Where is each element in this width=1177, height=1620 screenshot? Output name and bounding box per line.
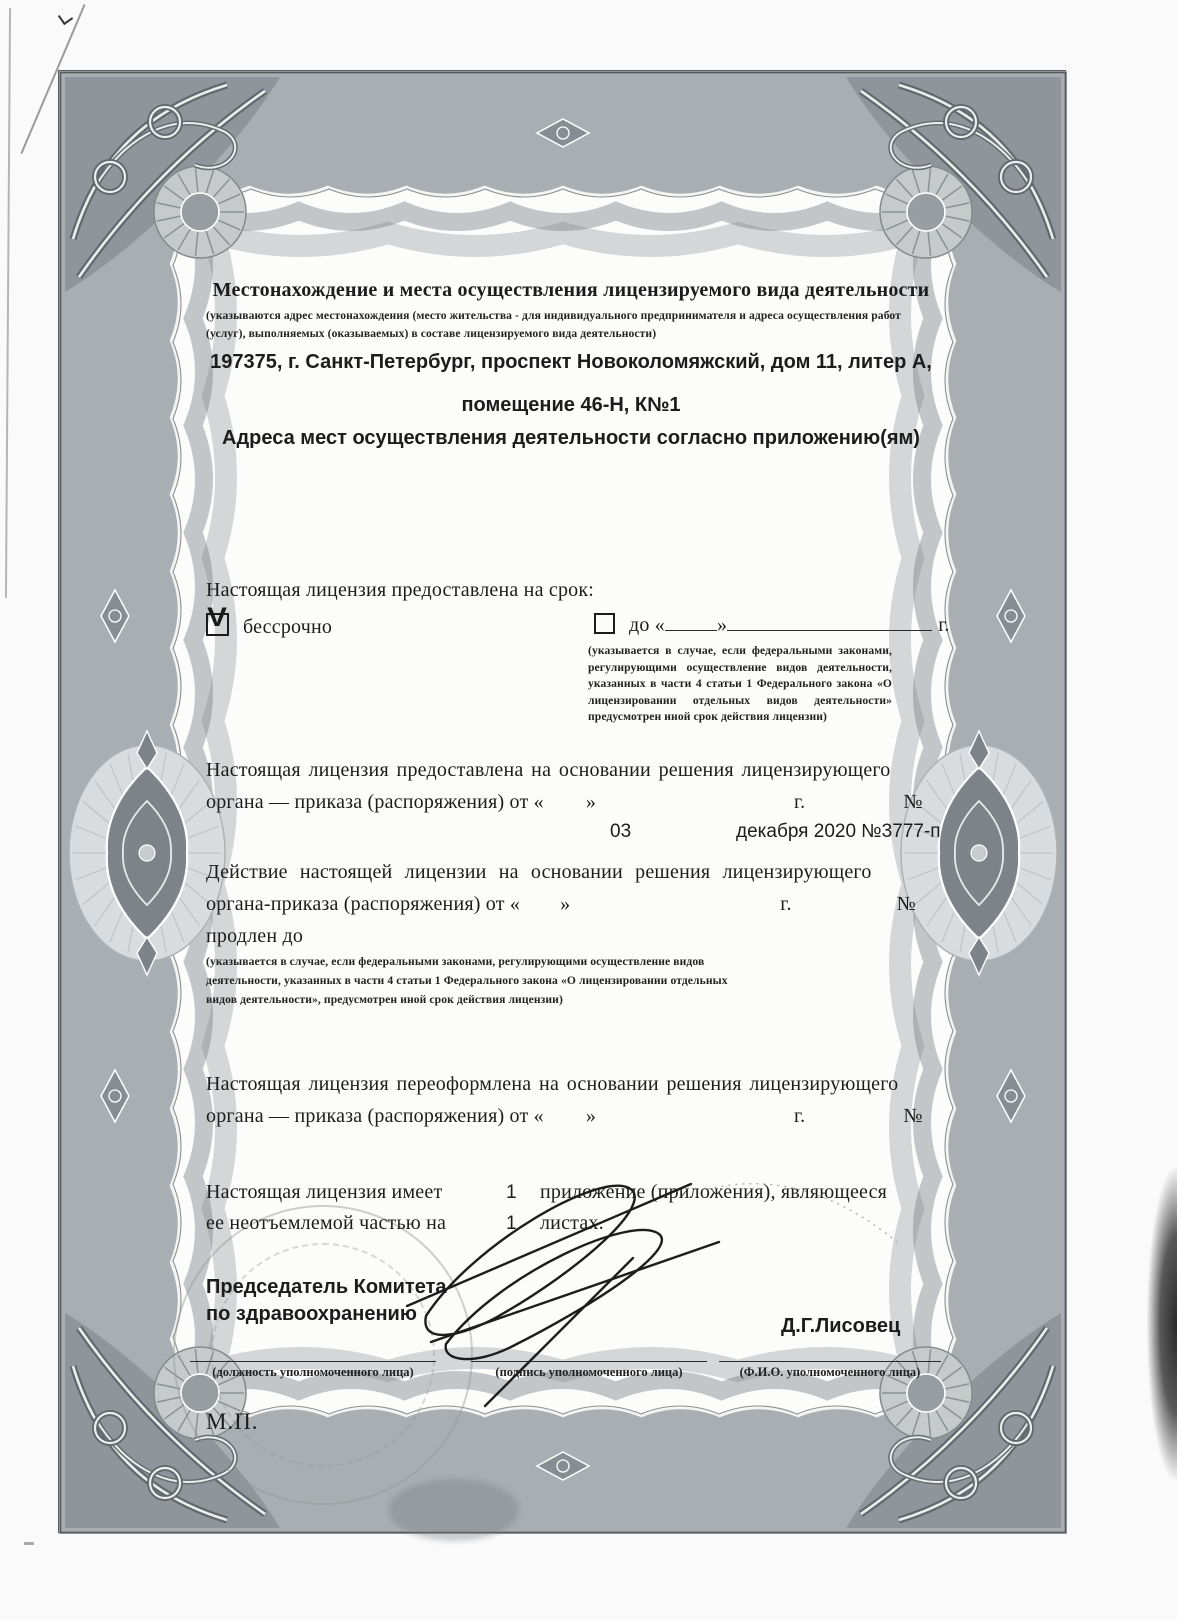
granted-year-mark: г. <box>794 791 805 813</box>
checkbox-unchecked <box>594 613 615 634</box>
scan-edge-line-vertical <box>5 8 11 598</box>
granted-line2-part1: органа — приказа (распоряжения) от « <box>206 791 544 813</box>
check-icon: V <box>207 602 227 633</box>
action-quote-close: » <box>560 893 570 915</box>
granted-filled-day: 03 <box>610 821 631 843</box>
granted-quote-close: » <box>586 791 596 813</box>
term-note: (указывается в случае, если федеральными… <box>588 643 892 726</box>
term-option-until: до «»г. <box>594 613 950 637</box>
scan-dark-streak-right <box>1147 1168 1177 1480</box>
granted-number-mark: № <box>903 791 922 813</box>
action-note-line1: (указывается в случае, если федеральными… <box>206 955 704 968</box>
scan-pen-mark <box>58 10 73 25</box>
addresses-note: Адреса мест осуществления деятельности с… <box>206 427 936 450</box>
action-note-line2: деятельности, указанных в части 4 статьи… <box>206 974 728 987</box>
blank-date <box>727 613 932 631</box>
scan-smudge-bottom-left <box>24 1542 34 1545</box>
caption-position: (должность уполномоченного лица) <box>190 1361 436 1380</box>
action-year-mark: г. <box>780 893 791 915</box>
until-year-mark: г. <box>938 614 949 636</box>
reissued-year-mark: г. <box>794 1105 805 1127</box>
blank-day <box>665 613 717 631</box>
reissued-number-mark: № <box>903 1105 922 1127</box>
signer-position-line2: по здравоохранению <box>206 1303 417 1326</box>
term-option-unlimited: V бессрочно <box>206 613 332 639</box>
action-line3: продлен до <box>206 925 303 948</box>
license-document: Местонахождение и места осуществления ли… <box>58 70 1066 1533</box>
address-line1: 197375, г. Санкт-Петербург, проспект Нов… <box>206 351 936 374</box>
scanned-license-page: { "icons": { "check_mark": "V", "stamp_p… <box>0 0 1177 1620</box>
reissued-quote-close: » <box>586 1105 596 1127</box>
action-note-line3: видов деятельности», предусмотрен иной с… <box>206 993 563 1006</box>
term-unlimited-label: бессрочно <box>243 616 332 638</box>
address-line2: помещение 46-Н, К№1 <box>206 394 936 417</box>
until-prefix: до « <box>629 614 665 636</box>
location-note-line1: (указываются адрес местонахождения (мест… <box>206 309 901 322</box>
action-line2: органа-приказа (распоряжения) от «»г.№ <box>206 893 916 916</box>
reissued-line2: органа — приказа (распоряжения) от «»г.№ <box>206 1105 923 1128</box>
action-line2-part1: органа-приказа (распоряжения) от « <box>206 893 520 915</box>
action-line1: Действие настоящей лицензии на основании… <box>206 861 872 884</box>
granted-line2: органа — приказа (распоряжения) от «»г.№ <box>206 791 923 814</box>
reissued-line1: Настоящая лицензия переоформлена на осно… <box>206 1073 898 1096</box>
location-title: Местонахождение и места осуществления ли… <box>206 279 936 302</box>
stamp-place-label: М.П. <box>206 1409 259 1435</box>
handwritten-signature <box>401 1166 901 1416</box>
action-number-mark: № <box>897 893 916 915</box>
granted-line1: Настоящая лицензия предоставлена на осно… <box>206 759 891 782</box>
location-note-line2: (услуг), выполняемых (оказываемых) в сос… <box>206 327 656 340</box>
term-heading: Настоящая лицензия предоставлена на срок… <box>206 579 594 602</box>
reissued-line2-part1: органа — приказа (распоряжения) от « <box>206 1105 544 1127</box>
checkbox-checked: V <box>206 613 229 636</box>
granted-filled-rest: декабря 2020 №3777-п <box>736 821 941 843</box>
until-quote-close: » <box>717 614 727 636</box>
